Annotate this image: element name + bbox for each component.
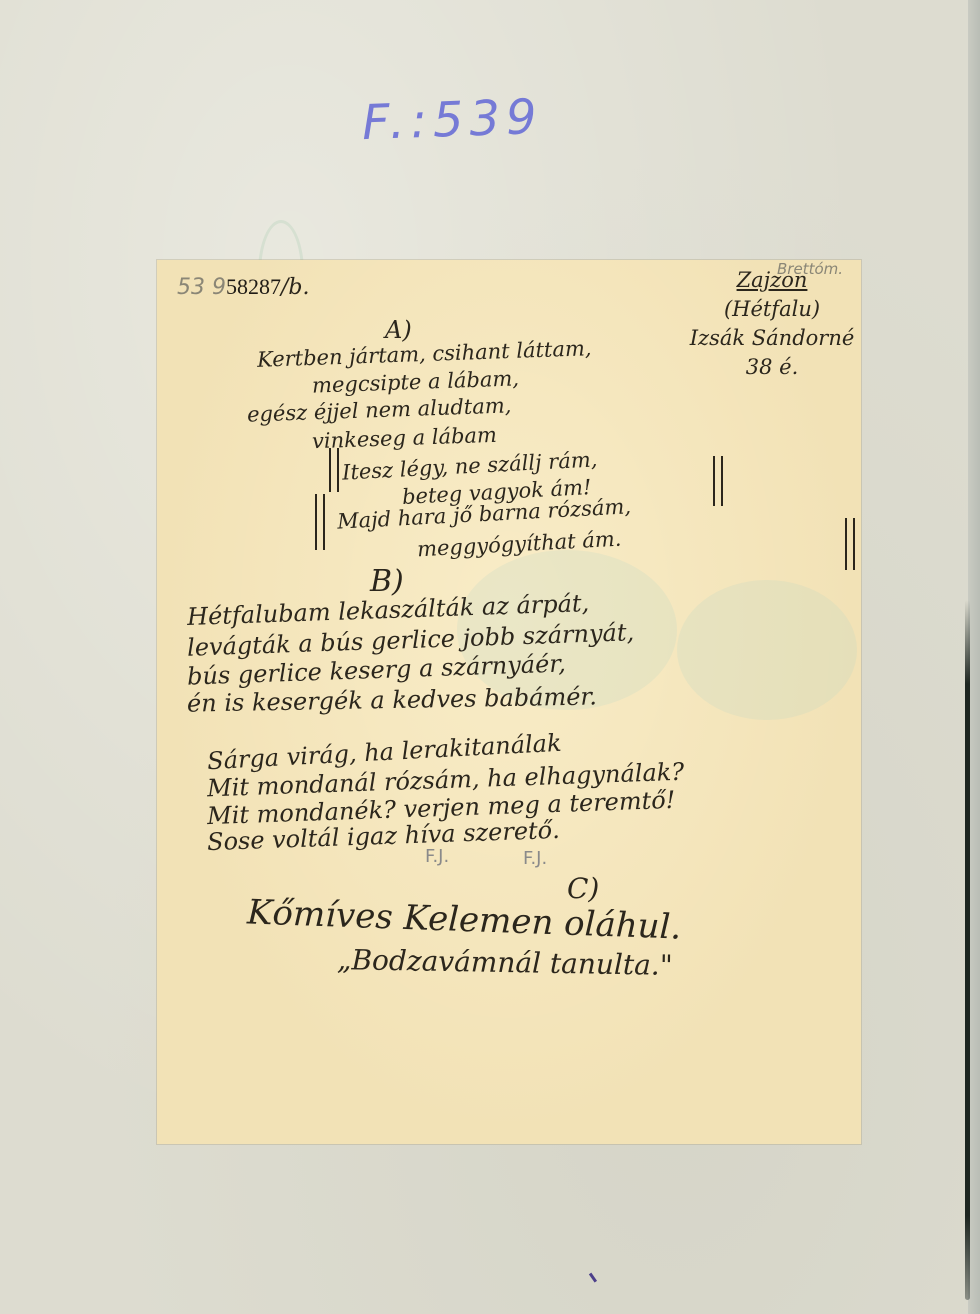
repeat-bar-end [713, 456, 723, 506]
shelfmark: F.:539 [361, 89, 543, 151]
section-c-label: C) [567, 872, 599, 905]
informant-name: Izsák Sándorné [672, 324, 872, 353]
song-title: Kőmíves Kelemen oláhul. [246, 892, 681, 947]
repeat-bar-end [845, 518, 855, 570]
accession-pencil-prefix: 53 9 [177, 275, 226, 300]
music-note-mark: F.J. [425, 846, 449, 867]
manuscript-slip: 53 958287/b. Brettóm. Zajzon (Hétfalu) I… [157, 260, 861, 1144]
repeat-bar-start [329, 448, 339, 492]
accession-typed-number: 58287 [226, 274, 281, 299]
informant-age: 38 é. [672, 353, 872, 382]
verse-line: vinkeseg a lábam [312, 421, 498, 455]
scan-edge-shadow [965, 600, 970, 1300]
village-name: (Hétfalu) [672, 295, 872, 324]
song-source-note: „Bodzavámnál tanulta." [337, 943, 673, 982]
place-name: Zajzon [672, 266, 872, 295]
repeat-bar-start [315, 494, 325, 550]
slip-stain [677, 580, 857, 720]
music-note-mark: F.J. [523, 848, 547, 869]
verse-line: én is kesergék a kedves babámér. [187, 680, 597, 719]
accession-suffix: /b. [281, 275, 310, 300]
metadata-block: Zajzon (Hétfalu) Izsák Sándorné 38 é. [672, 266, 872, 382]
accession-number: 53 958287/b. [177, 274, 309, 300]
